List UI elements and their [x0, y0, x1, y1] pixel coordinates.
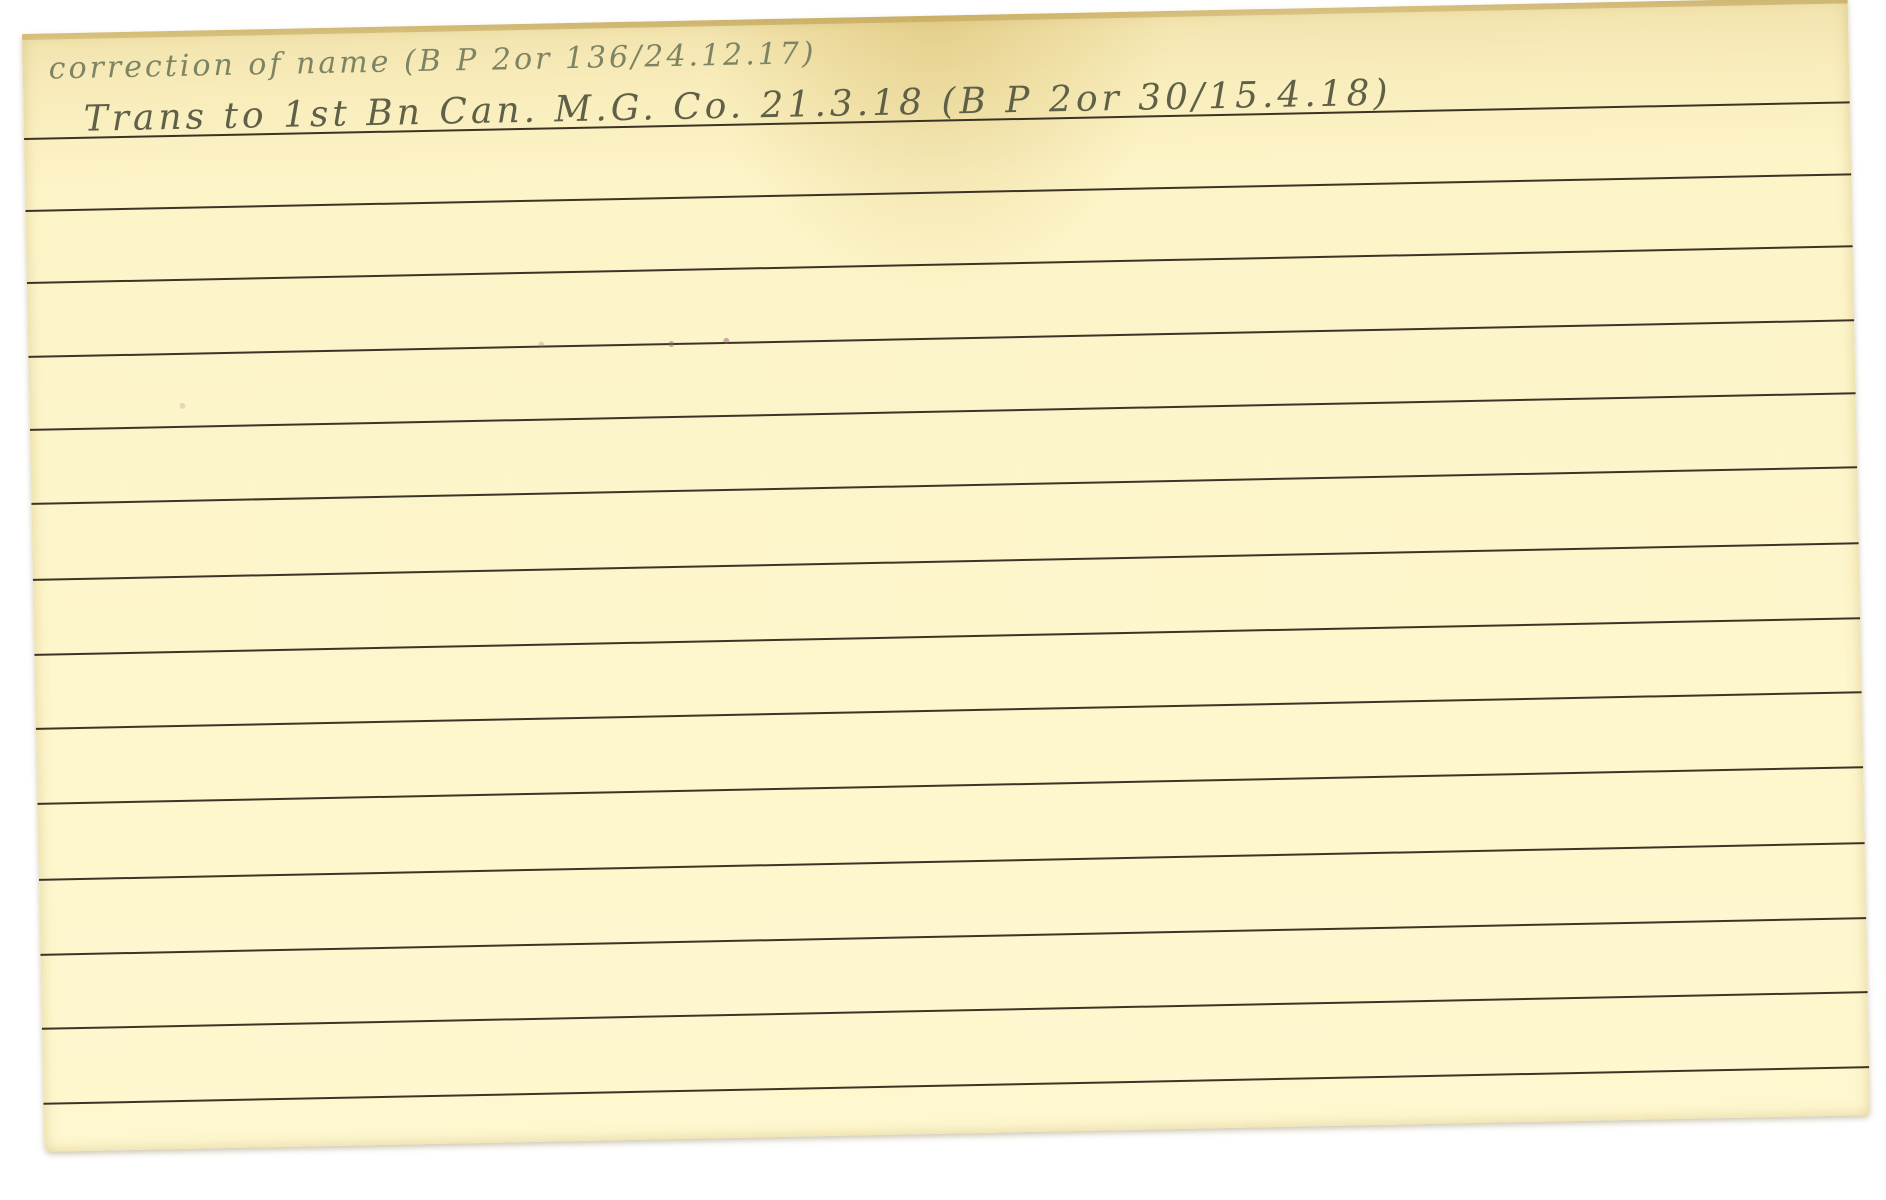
ruled-line [27, 245, 1853, 284]
annotation-name-correction: correction of name (B P 2or 136/24.12.17… [48, 36, 817, 86]
ruled-line [40, 917, 1866, 956]
ruled-line [43, 1066, 1869, 1105]
ruled-line [28, 319, 1854, 358]
annotation-transfer: Trans to 1st Bn Can. M.G. Co. 21.3.18 (B… [83, 73, 1392, 140]
ruled-line [30, 392, 1856, 431]
ruled-line [31, 466, 1857, 505]
index-card: correction of name (B P 2or 136/24.12.17… [22, 0, 1870, 1152]
ruled-line [34, 617, 1860, 656]
ruled-line [42, 991, 1868, 1030]
ruled-line [26, 173, 1852, 212]
ruled-line [37, 766, 1863, 805]
ink-spot [668, 341, 674, 347]
ruled-line [33, 542, 1859, 581]
ink-spot [723, 338, 729, 344]
ink-spot [538, 342, 544, 348]
ruled-line [39, 842, 1865, 881]
ink-spot [179, 403, 185, 409]
ruled-line [36, 691, 1862, 730]
